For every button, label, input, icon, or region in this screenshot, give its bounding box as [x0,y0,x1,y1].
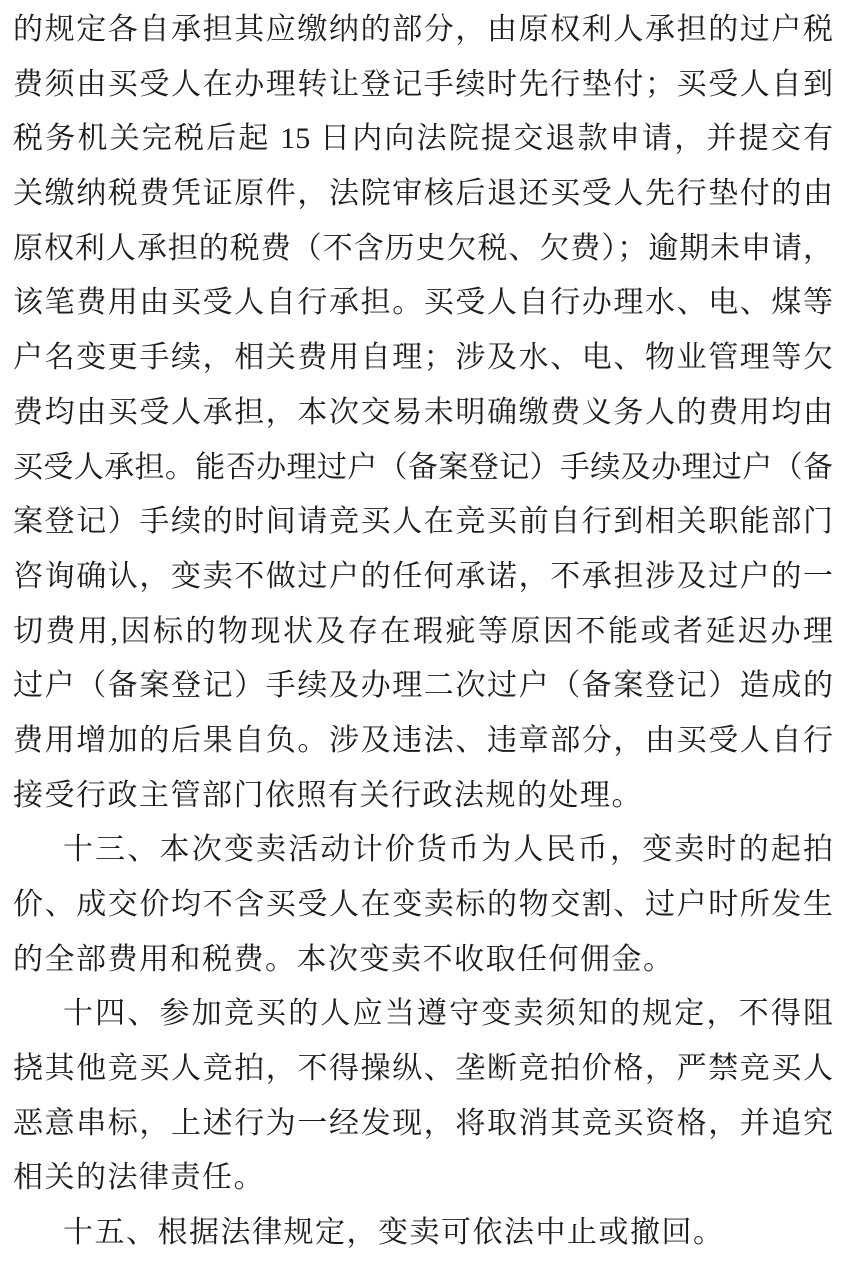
text-line: 相关的法律责任。 [13,1151,833,1206]
text-line: 原权利人承担的税费（不含历史欠税、欠费）；逾期未申请， [13,222,833,277]
text-line: 案登记）手续的时间请竞买人在竞买前自行到相关职能部门 [13,495,833,550]
text-line: 过户（备案登记）手续及办理二次过户（备案登记）造成的 [13,659,833,714]
text-line: 十三、本次变卖活动计价货币为人民币，变卖时的起拍 [13,823,833,878]
text-line: 该笔费用由买受人自行承担。买受人自行办理水、电、煤等 [13,276,833,331]
paragraph-clause-15: 十五、根据法律规定，变卖可依法中止或撤回。 [13,1206,833,1261]
text-line: 十五、根据法律规定，变卖可依法中止或撤回。 [13,1206,833,1261]
text-line: 切费用,因标的物现状及存在瑕疵等原因不能或者延迟办理 [13,605,833,660]
text-line: 咨询确认，变卖不做过户的任何承诺，不承担涉及过户的一 [13,550,833,605]
text-line: 挠其他竞买人竞拍，不得操纵、垄断竞拍价格，严禁竞买人 [13,1042,833,1097]
text-line: 买受人承担。能否办理过户（备案登记）手续及办理过户（备 [13,441,833,496]
text-line: 十四、参加竞买的人应当遵守变卖须知的规定，不得阻 [13,987,833,1042]
text-line: 接受行政主管部门依照有关行政法规的处理。 [13,769,833,824]
text-line: 费须由买受人在办理转让登记手续时先行垫付；买受人自到 [13,58,833,113]
text-line: 费均由买受人承担，本次交易未明确缴费义务人的费用均由 [13,386,833,441]
text-line: 恶意串标，上述行为一经发现，将取消其竞买资格，并追究 [13,1097,833,1152]
paragraph-clause-13: 十三、本次变卖活动计价货币为人民币，变卖时的起拍 价、成交价均不含买受人在变卖标… [13,823,833,987]
text-line: 的全部费用和税费。本次变卖不收取任何佣金。 [13,933,833,988]
text-line: 的规定各自承担其应缴纳的部分，由原权利人承担的过户税 [13,3,833,58]
paragraph-continuation: 的规定各自承担其应缴纳的部分，由原权利人承担的过户税 费须由买受人在办理转让登记… [13,3,833,823]
text-line: 价、成交价均不含买受人在变卖标的物交割、过户时所发生 [13,878,833,933]
text-line: 关缴纳税费凭证原件，法院审核后退还买受人先行垫付的由 [13,167,833,222]
paragraph-clause-14: 十四、参加竞买的人应当遵守变卖须知的规定，不得阻 挠其他竞买人竞拍，不得操纵、垄… [13,987,833,1206]
text-line: 费用增加的后果自负。涉及违法、违章部分，由买受人自行 [13,714,833,769]
document-page: 的规定各自承担其应缴纳的部分，由原权利人承担的过户税 费须由买受人在办理转让登记… [0,0,847,1263]
text-line: 税务机关完税后起 15 日内向法院提交退款申请，并提交有 [13,112,833,167]
text-line: 户名变更手续，相关费用自理；涉及水、电、物业管理等欠 [13,331,833,386]
